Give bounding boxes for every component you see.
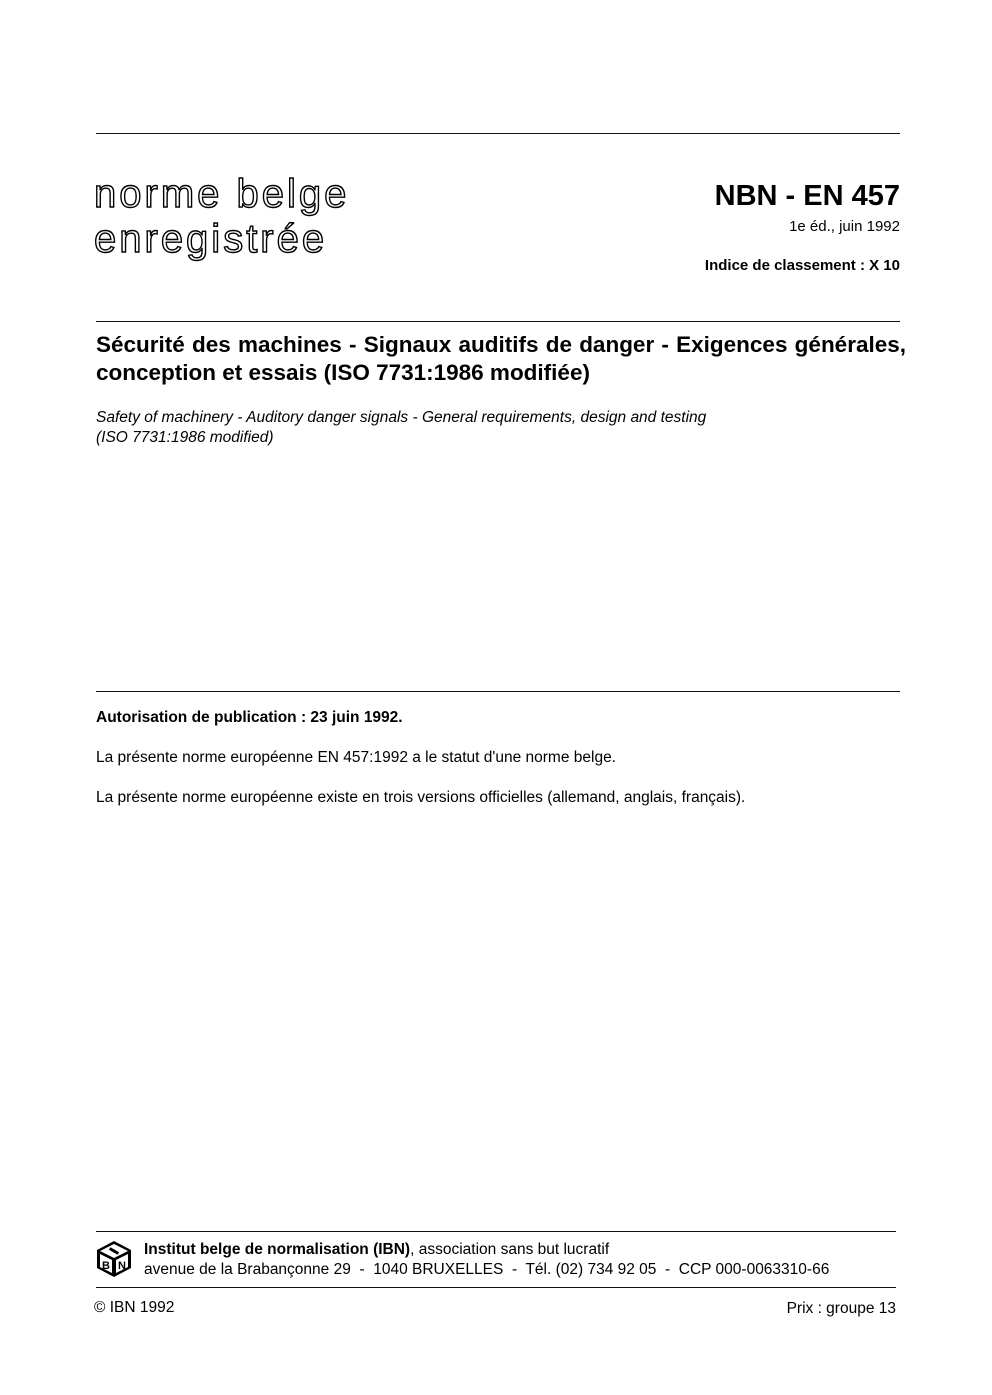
publication-authorization: Autorisation de publication : 23 juin 19… <box>96 709 403 727</box>
title-divider <box>96 321 900 322</box>
svg-text:N: N <box>118 1260 126 1272</box>
institute-description: , association sans but lucratif <box>410 1241 609 1258</box>
institute-name: Institut belge de normalisation (IBN) <box>144 1241 410 1258</box>
standard-number: NBN - EN 457 <box>715 180 900 213</box>
statement-belgian-status: La présente norme européenne EN 457:1992… <box>96 749 616 767</box>
brand-line-1: norme belge <box>94 172 349 217</box>
footer-top-divider <box>96 1231 896 1232</box>
copyright: © IBN 1992 <box>94 1298 174 1318</box>
institute-address: avenue de la Brabançonne 29 - 1040 BRUXE… <box>144 1260 829 1280</box>
document-title-english-line2: (ISO 7731:1986 modified) <box>96 428 906 448</box>
publication-divider <box>96 691 900 692</box>
document-title-english-line1: Safety of machinery - Auditory danger si… <box>96 408 906 428</box>
svg-text:B: B <box>102 1260 110 1272</box>
footer-bottom-divider <box>96 1287 896 1288</box>
statement-official-versions: La présente norme européenne existe en t… <box>96 789 745 807</box>
brand-line-2: enregistrée <box>94 217 327 262</box>
institute-line: Institut belge de normalisation (IBN), a… <box>144 1240 609 1260</box>
top-divider <box>96 133 900 134</box>
classification-index: Indice de classement : X 10 <box>705 257 900 274</box>
ibn-cube-logo-icon: B N <box>95 1240 133 1278</box>
document-title-french: Sécurité des machines - Signaux auditifs… <box>96 331 906 387</box>
edition-date: 1e éd., juin 1992 <box>789 218 900 235</box>
price-group: Prix : groupe 13 <box>787 1299 896 1319</box>
